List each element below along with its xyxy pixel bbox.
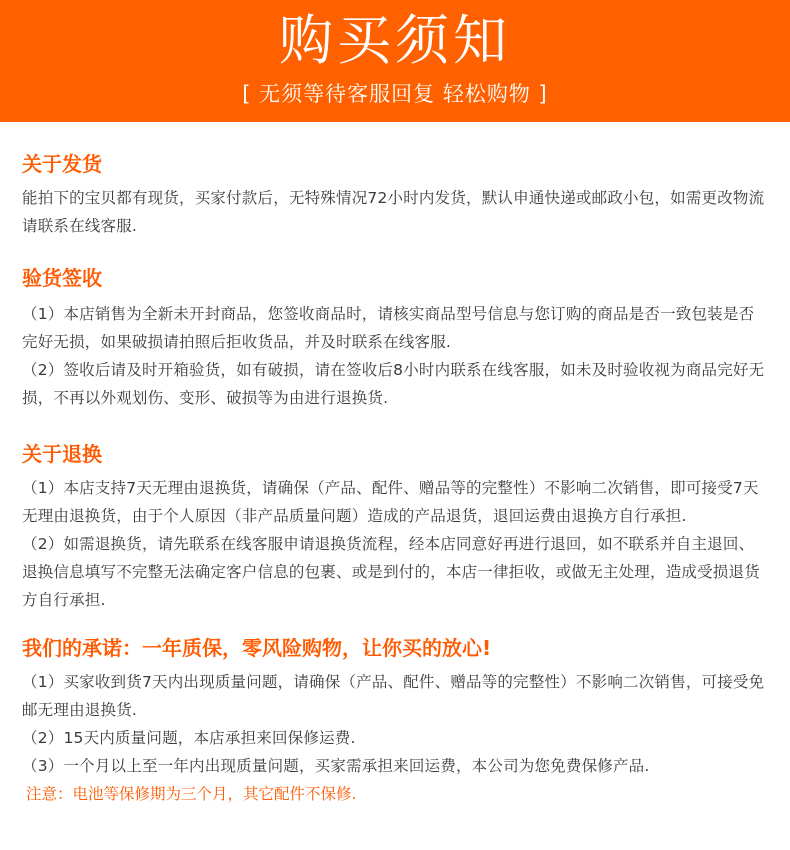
paragraph: （2）如需退换货，请先联系在线客服申请退换货流程，经本店同意好再进行退回，如不联… <box>22 530 768 614</box>
section-title: 验货签收 <box>22 264 768 292</box>
section-title: 关于发货 <box>22 150 768 178</box>
section-inspection: 验货签收 （1）本店销售为全新未开封商品，您签收商品时，请核实商品型号信息与您订… <box>22 264 768 412</box>
paragraph: （2）15天内质量问题，本店承担来回保修运费. <box>22 724 768 752</box>
section-title: 我们的承诺：一年质保，零风险购物，让你买的放心! <box>22 634 768 662</box>
section-promise: 我们的承诺：一年质保，零风险购物，让你买的放心! （1）买家收到货7天内出现质量… <box>22 634 768 808</box>
paragraph: （1）本店销售为全新未开封商品，您签收商品时，请核实商品型号信息与您订购的商品是… <box>22 300 768 356</box>
notice-content: 关于发货 能拍下的宝贝都有现货，买家付款后，无特殊情况72小时内发货，默认申通快… <box>0 150 790 808</box>
section-shipping: 关于发货 能拍下的宝贝都有现货，买家付款后，无特殊情况72小时内发货，默认申通快… <box>22 150 768 240</box>
section-returns: 关于退换 （1）本店支持7天无理由退换货，请确保（产品、配件、赠品等的完整性）不… <box>22 440 768 614</box>
paragraph: （2）签收后请及时开箱验货，如有破损，请在签收后8小时内联系在线客服，如未及时验… <box>22 356 768 412</box>
paragraph: （1）本店支持7天无理由退换货，请确保（产品、配件、赠品等的完整性）不影响二次销… <box>22 474 768 530</box>
page-header: 购买须知 [ 无须等待客服回复 轻松购物 ] <box>0 0 790 122</box>
page-subtitle: [ 无须等待客服回复 轻松购物 ] <box>242 80 547 108</box>
section-title: 关于退换 <box>22 440 768 468</box>
warranty-note: 注意：电池等保修期为三个月，其它配件不保修. <box>22 780 768 808</box>
paragraph: 能拍下的宝贝都有现货，买家付款后，无特殊情况72小时内发货，默认申通快递或邮政小… <box>22 184 768 240</box>
paragraph: （3）一个月以上至一年内出现质量问题，买家需承担来回运费，本公司为您免费保修产品… <box>22 752 768 780</box>
paragraph: （1）买家收到货7天内出现质量问题，请确保（产品、配件、赠品等的完整性）不影响二… <box>22 668 768 724</box>
page-title: 购买须知 <box>279 10 511 72</box>
